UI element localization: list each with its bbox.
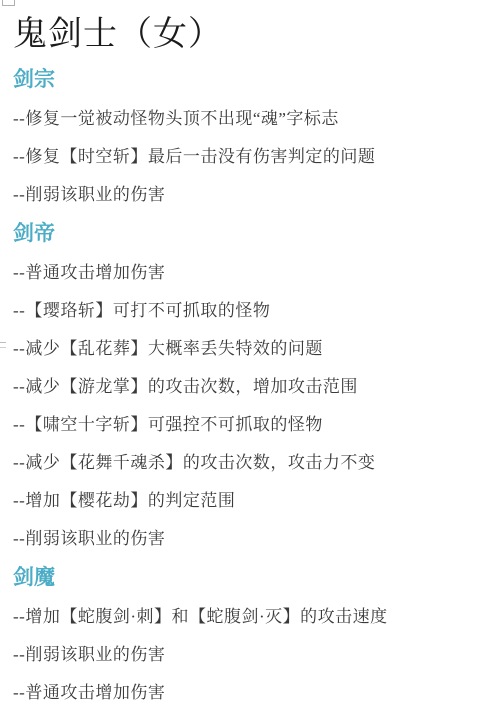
change-item: --增加【樱花劫】的判定范围 <box>13 490 486 512</box>
left-edge-artifact <box>0 342 6 348</box>
change-item: --增加【蛇腹剑·刺】和【蛇腹剑·灭】的攻击速度 <box>13 606 486 628</box>
change-item: --【啸空十字斩】可强控不可抓取的怪物 <box>13 414 486 436</box>
section-heading-jianmo: 剑魔 <box>13 566 486 590</box>
section-jianzong: 剑宗 --修复一觉被动怪物头顶不出现“魂”字标志 --修复【时空斩】最后一击没有… <box>13 68 486 206</box>
change-item: --普通攻击增加伤害 <box>13 262 486 284</box>
section-jianmo: 剑魔 --增加【蛇腹剑·刺】和【蛇腹剑·灭】的攻击速度 --削弱该职业的伤害 -… <box>13 566 486 704</box>
change-item: --减少【游龙掌】的攻击次数，增加攻击范围 <box>13 376 486 398</box>
change-item: --普通攻击增加伤害 <box>13 682 486 704</box>
section-heading-jianzong: 剑宗 <box>13 68 486 92</box>
change-item: --修复【时空斩】最后一击没有伤害判定的问题 <box>13 146 486 168</box>
section-heading-jiandi: 剑帝 <box>13 222 486 246</box>
change-item: --削弱该职业的伤害 <box>13 184 486 206</box>
change-item: --修复一觉被动怪物头顶不出现“魂”字标志 <box>13 108 486 130</box>
document-page: 鬼剑士（女） 剑宗 --修复一觉被动怪物头顶不出现“魂”字标志 --修复【时空斩… <box>0 0 496 726</box>
change-item: --【璎珞斩】可打不可抓取的怪物 <box>13 300 486 322</box>
change-item: --削弱该职业的伤害 <box>13 644 486 666</box>
change-item: --减少【花舞千魂杀】的攻击次数，攻击力不变 <box>13 452 486 474</box>
change-item: --减少【乱花葬】大概率丢失特效的问题 <box>13 338 486 360</box>
change-item: --削弱该职业的伤害 <box>13 528 486 550</box>
section-jiandi: 剑帝 --普通攻击增加伤害 --【璎珞斩】可打不可抓取的怪物 --减少【乱花葬】… <box>13 222 486 550</box>
cutoff-box-artifact <box>2 0 15 6</box>
page-title: 鬼剑士（女） <box>13 14 486 56</box>
